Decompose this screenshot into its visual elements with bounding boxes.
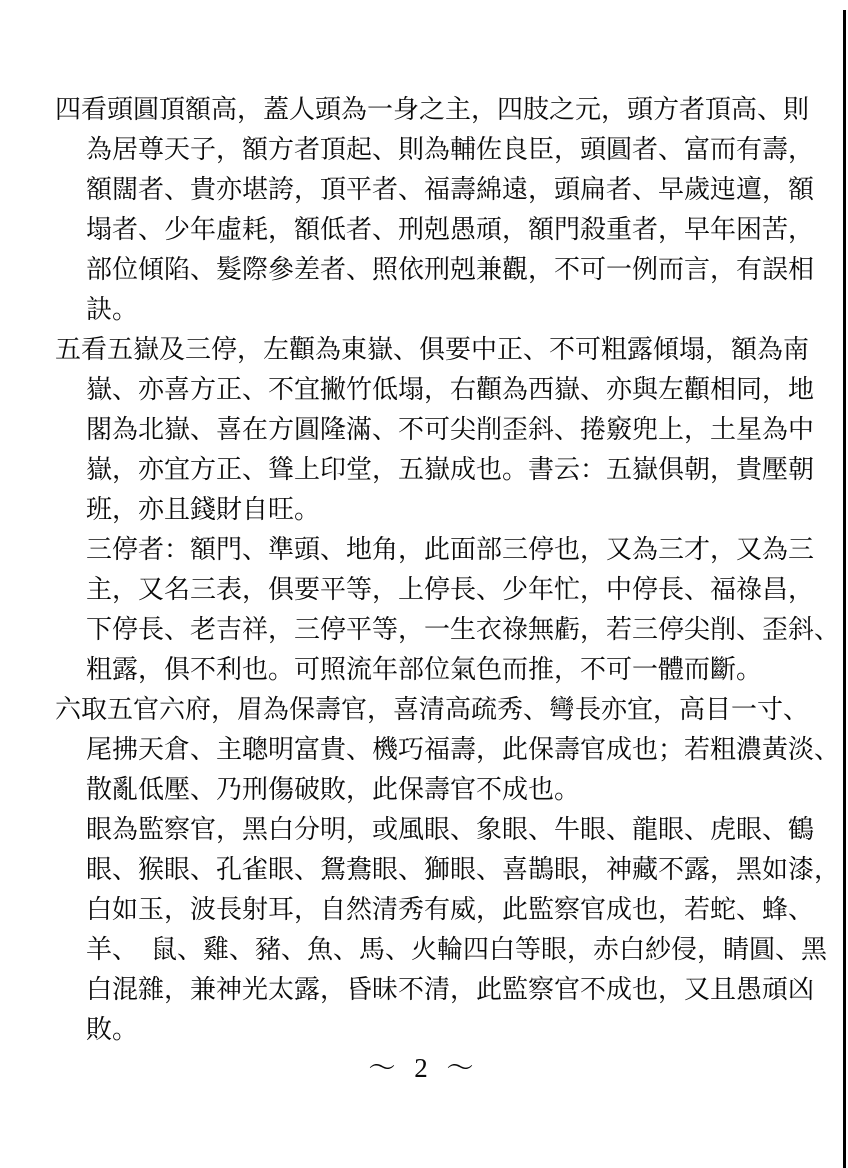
text-line: 三停者：額門、準頭、地角，此面部三停也，又為三才，又為三 [86, 530, 816, 570]
text-line: 眼、猴眼、孔雀眼、鴛鴦眼、獅眼、喜鵲眼，神藏不露，黑如漆， [86, 850, 816, 890]
scan-artifact-line [843, 10, 846, 1168]
text-line: 五看五嶽及三停，左顴為東嶽、俱要中正、不可粗露傾塌，額為南 [55, 330, 816, 370]
scanned-book-page: 四看頭圓頂額高，蓋人頭為一身之主，四肢之元，頭方者頂高、則 為居尊天子，額方者頂… [0, 0, 848, 1168]
text-line: 粗露，俱不利也。可照流年部位氣色而推，不可一體而斷。 [86, 650, 816, 690]
text-line: 白如玉，波長射耳，自然清秀有威，此監察官成也，若蛇、蜂、 [86, 890, 816, 930]
text-line: 敗。 [86, 1010, 816, 1050]
text-line: 班，亦且錢財自旺。 [86, 490, 816, 530]
text-line: 尾拂天倉、主聰明富貴、機巧福壽，此保壽官成也；若粗濃黃淡、 [86, 730, 816, 770]
text-line: 四看頭圓頂額高，蓋人頭為一身之主，四肢之元，頭方者頂高、則 [55, 90, 816, 130]
text-line: 白混雜，兼神光太露，昏昧不清，此監察官不成也，又且愚頑凶 [86, 970, 816, 1010]
text-line: 嶽，亦宜方正、聳上印堂，五嶽成也。書云：五嶽俱朝，貴壓朝 [86, 450, 816, 490]
text-line: 閣為北嶽、喜在方圓隆滿、不可尖削歪斜、捲竅兜上，土星為中 [86, 410, 816, 450]
text-line: 部位傾陷、髮際參差者、照依刑剋兼觀，不可一例而言，有誤相 [86, 250, 816, 290]
page-number-footer: ～ 2 ～ [0, 1046, 848, 1085]
text-line: 額闊者、貴亦堪誇，頂平者、福壽綿遠，頭扁者、早歲迍邅，額 [86, 170, 816, 210]
text-line: 訣。 [86, 290, 816, 330]
text-line: 塌者、少年虛耗，額低者、刑剋愚頑，額門殺重者，早年困苦， [86, 210, 816, 250]
text-line: 眼為監察官，黑白分明，或風眼、象眼、牛眼、龍眼、虎眼、鶴 [86, 810, 816, 850]
text-line: 主，又名三表，俱要平等，上停長、少年忙，中停長、福祿昌， [86, 570, 816, 610]
text-line: 六取五官六府，眉為保壽官，喜清高疏秀、彎長亦宜，高目一寸、 [55, 690, 816, 730]
text-line: 散亂低壓、乃刑傷破敗，此保壽官不成也。 [86, 770, 816, 810]
text-line: 嶽、亦喜方正、不宜撇竹低塌，右顴為西嶽、亦與左顴相同，地 [86, 370, 816, 410]
text-line: 為居尊天子，額方者頂起、則為輔佐良臣，頭圓者、富而有壽， [86, 130, 816, 170]
text-line: 下停長、老吉祥，三停平等，一生衣祿無虧，若三停尖削、歪斜、 [86, 610, 816, 650]
body-text: 四看頭圓頂額高，蓋人頭為一身之主，四肢之元，頭方者頂高、則 為居尊天子，額方者頂… [86, 90, 816, 1050]
text-line: 羊、 鼠、雞、豬、魚、馬、火輪四白等眼，赤白紗侵，睛圓、黑 [86, 930, 816, 970]
